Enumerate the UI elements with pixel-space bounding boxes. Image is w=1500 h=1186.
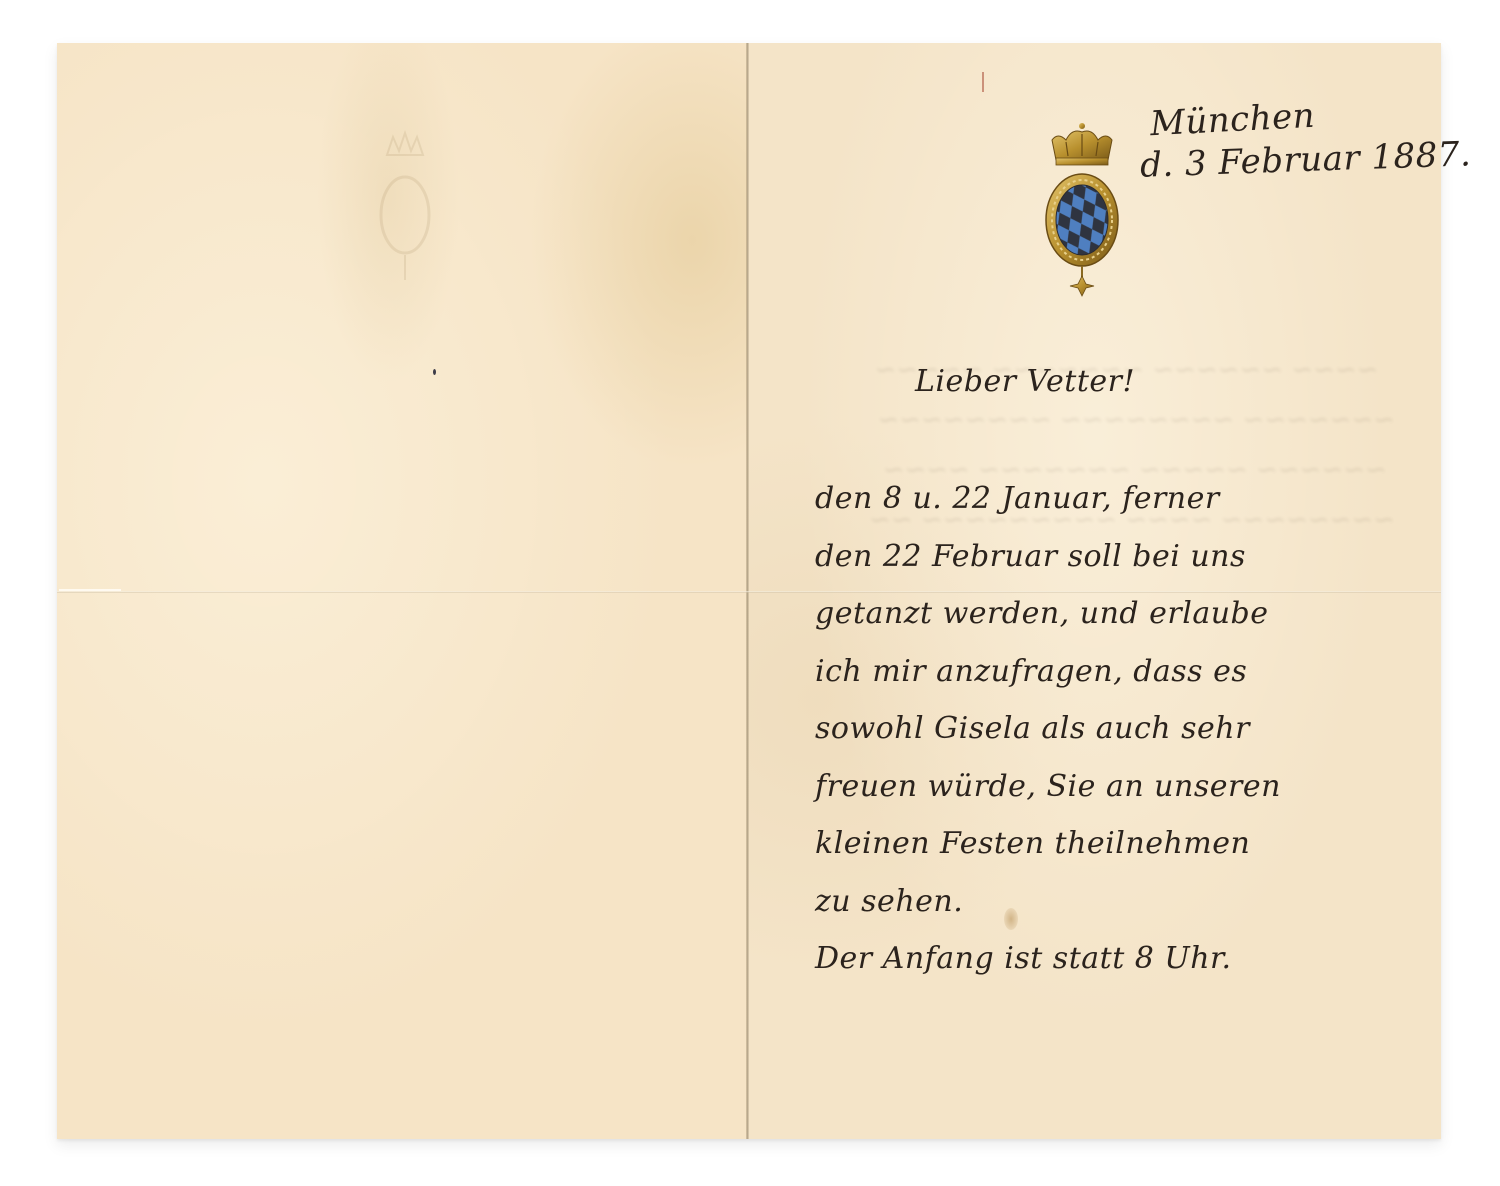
letter-line: freuen würde, Sie an unseren (815, 758, 1281, 816)
letter-body: den 8 u. 22 Januar, ferner den 22 Februa… (815, 470, 1281, 988)
letter-line: ich mir anzufragen, dass es (815, 643, 1281, 701)
letter-line: kleinen Festen theilnehmen (815, 815, 1281, 873)
letter-line: getanzt werden, und erlaube (815, 585, 1281, 643)
letter-line: sowohl Gisela als auch sehr (815, 700, 1281, 758)
letter-line: den 8 u. 22 Januar, ferner (815, 470, 1281, 528)
letter-line: Der Anfang ist statt 8 Uhr. (815, 930, 1281, 988)
letter-line: den 22 Februar soll bei uns (815, 528, 1281, 586)
red-pencil-mark (982, 72, 984, 92)
letter-salutation: Lieber Vetter! (915, 364, 1135, 399)
crest-show-through-icon (375, 125, 435, 295)
fold-tear (59, 589, 121, 591)
ink-spot (433, 369, 436, 375)
bavarian-crown-crest-icon (1042, 120, 1122, 300)
ink-stain (1004, 908, 1018, 930)
letter-line: zu sehen. (815, 873, 1281, 931)
